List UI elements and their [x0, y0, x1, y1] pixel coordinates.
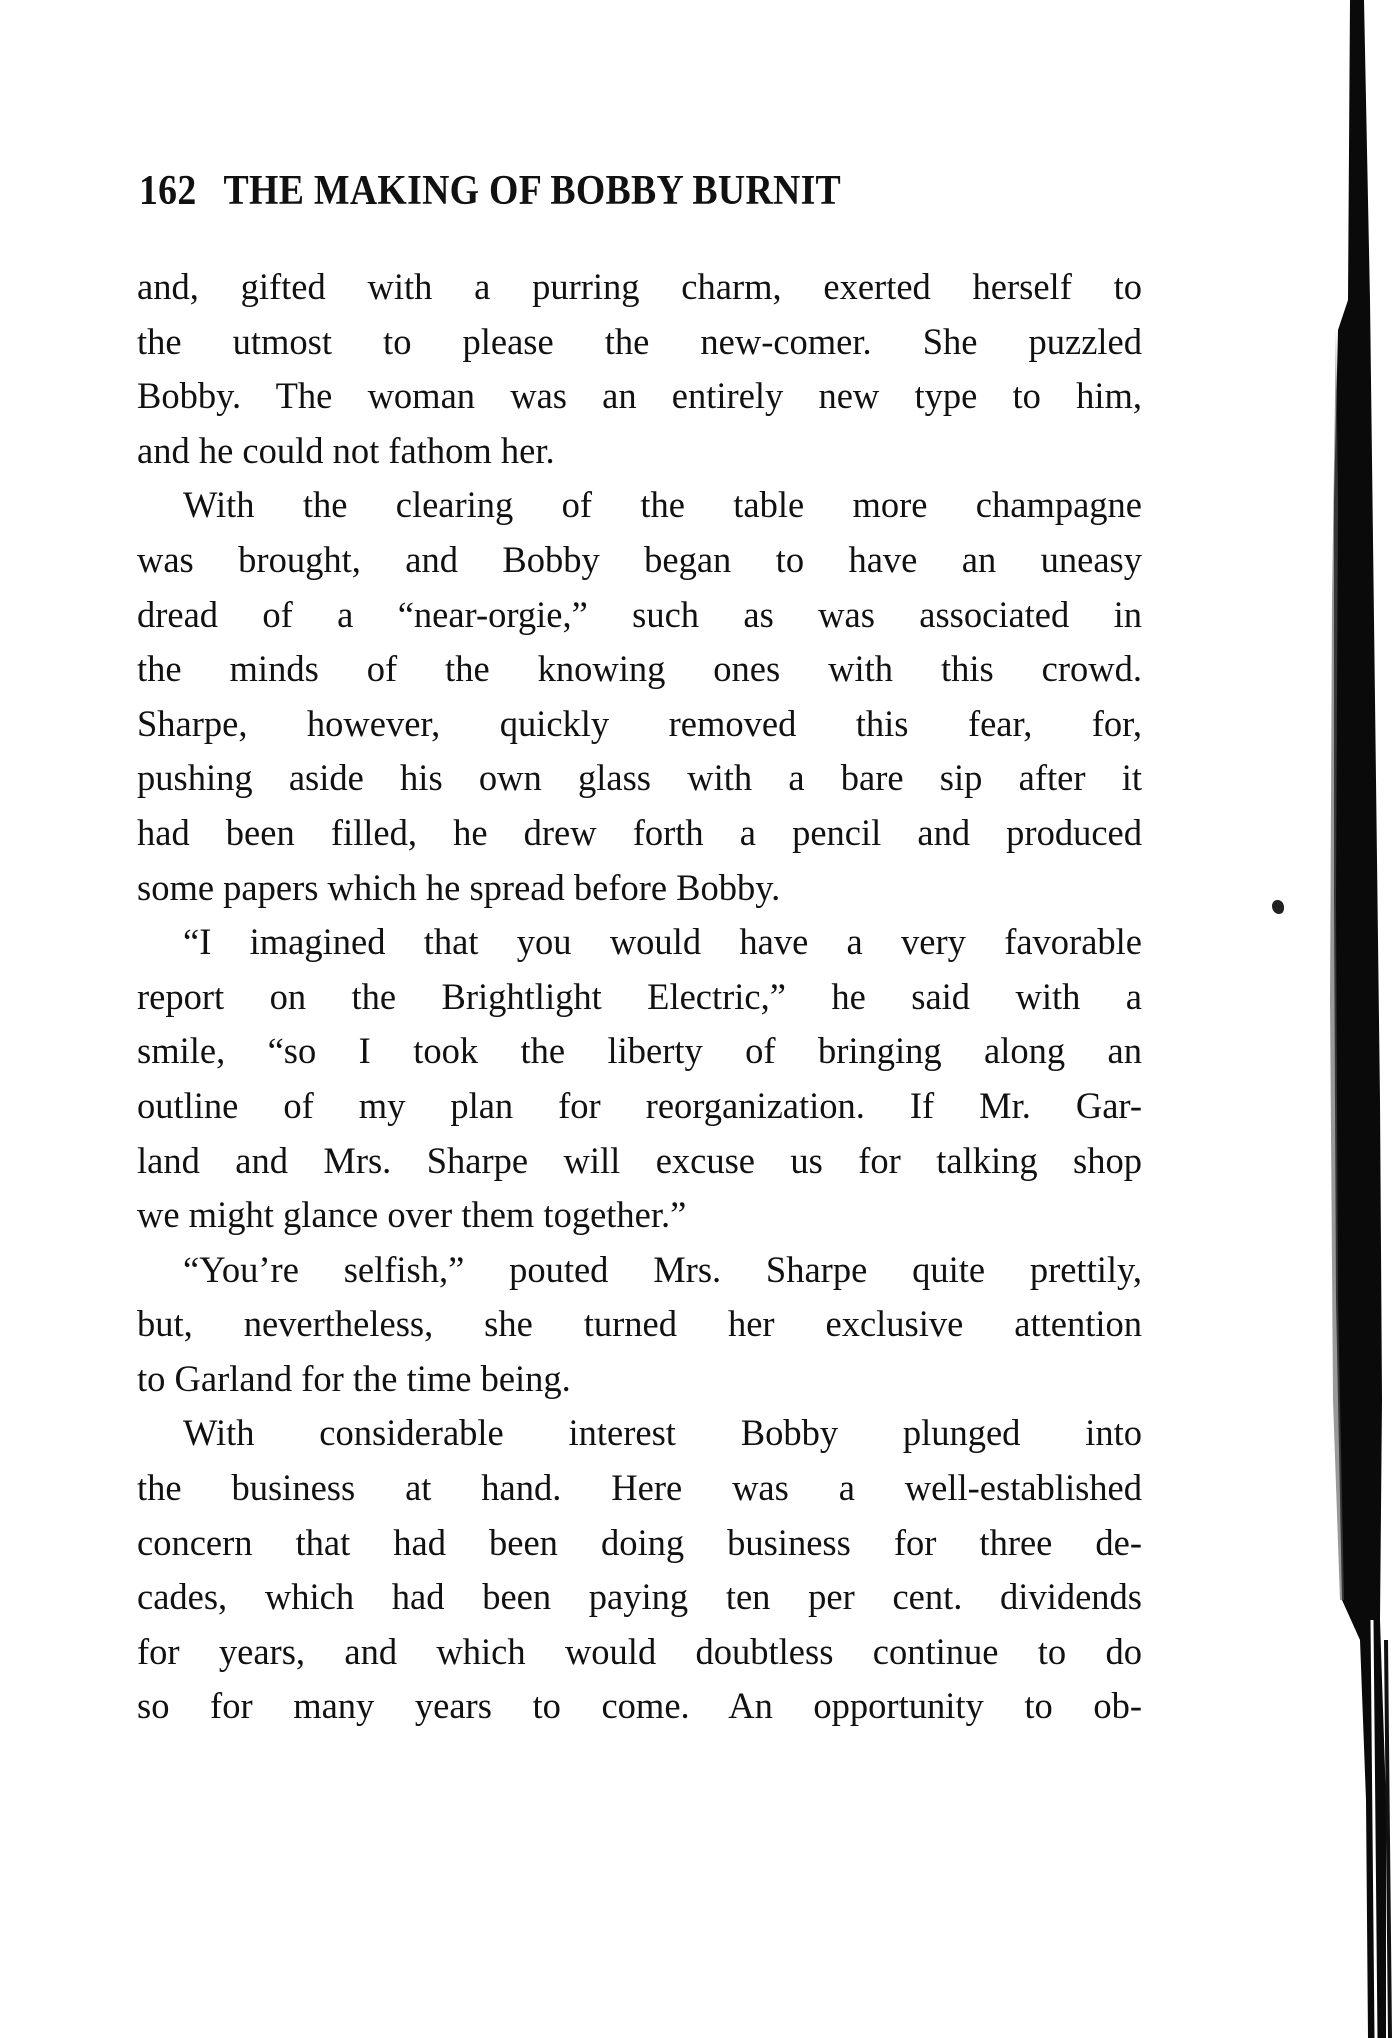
text-line: for years, and which would doubtless con… [137, 1625, 1142, 1680]
page-number: 162 [139, 168, 197, 214]
text-line: but, nevertheless, she turned her exclus… [137, 1297, 1142, 1352]
ink-blot [1272, 900, 1284, 914]
text-line: cades, which had been paying ten per cen… [137, 1570, 1142, 1625]
text-line: and he could not fathom her. [137, 424, 1142, 479]
binding-edge-shadow [1330, 0, 1395, 2038]
text-line: With the clearing of the table more cham… [137, 478, 1142, 533]
text-line: smile, “so I took the liberty of bringin… [137, 1024, 1142, 1079]
text-line: we might glance over them together.” [137, 1188, 1142, 1243]
text-line: the utmost to please the new-comer. She … [137, 315, 1142, 370]
book-page: 162 THE MAKING OF BOBBY BURNIT and, gift… [0, 0, 1395, 2038]
text-line: so for many years to come. An opportunit… [137, 1679, 1142, 1734]
text-line: was brought, and Bobby began to have an … [137, 533, 1142, 588]
text-line: With considerable interest Bobby plunged… [137, 1406, 1142, 1461]
running-head: 162 THE MAKING OF BOBBY BURNIT [139, 164, 1048, 218]
text-line: the minds of the knowing ones with this … [137, 642, 1142, 697]
text-line: some papers which he spread before Bobby… [137, 861, 1142, 916]
text-line: outline of my plan for reorganization. I… [137, 1079, 1142, 1134]
text-line: the business at hand. Here was a well-es… [137, 1461, 1142, 1516]
text-line: land and Mrs. Sharpe will excuse us for … [137, 1134, 1142, 1189]
text-line: Sharpe, however, quickly removed this fe… [137, 697, 1142, 752]
text-line: Bobby. The woman was an entirely new typ… [137, 369, 1142, 424]
text-line: had been filled, he drew forth a pencil … [137, 806, 1142, 861]
text-line: to Garland for the time being. [137, 1352, 1142, 1407]
text-line: dread of a “near-orgie,” such as was ass… [137, 588, 1142, 643]
running-title: THE MAKING OF BOBBY BURNIT [224, 168, 841, 214]
text-line: “I imagined that you would have a very f… [137, 915, 1142, 970]
body-text: and, gifted with a purring charm, exerte… [137, 260, 1142, 1734]
text-line: report on the Brightlight Electric,” he … [137, 970, 1142, 1025]
text-line: “You’re selfish,” pouted Mrs. Sharpe qui… [137, 1243, 1142, 1298]
text-line: and, gifted with a purring charm, exerte… [137, 260, 1142, 315]
text-line: pushing aside his own glass with a bare … [137, 751, 1142, 806]
text-line: concern that had been doing business for… [137, 1516, 1142, 1571]
